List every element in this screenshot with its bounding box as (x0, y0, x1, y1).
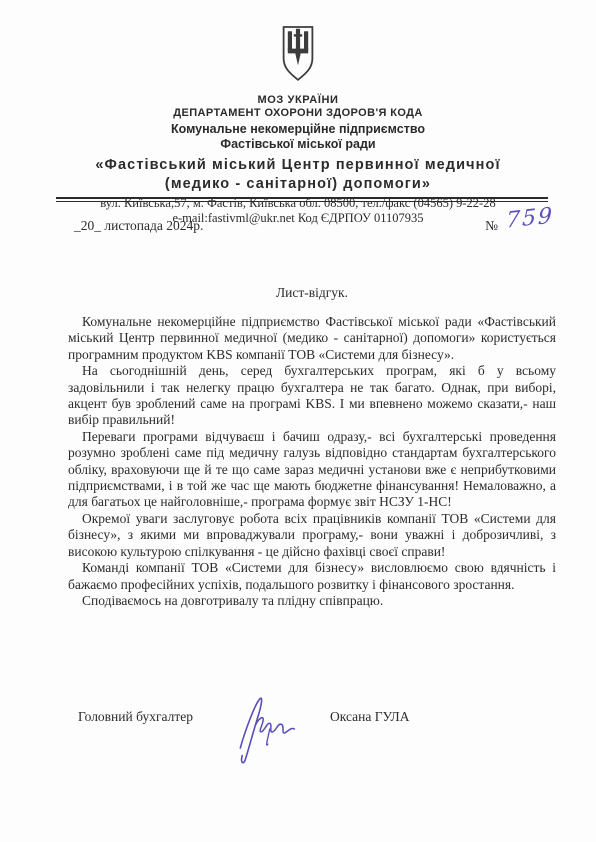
paragraph-choice: На сьогоднішній день, серед бухгалтерськ… (68, 363, 556, 429)
letter-title: Лист-відгук. (68, 285, 556, 301)
paragraph-gratitude: Команді компанії ТОВ «Системи для бізнес… (68, 560, 556, 593)
ukraine-tryzub-emblem-icon (280, 24, 316, 84)
letterhead: МОЗ УКРАЇНИ ДЕПАРТАМЕНТ ОХОРОНИ ЗДОРОВ'Я… (0, 0, 596, 226)
letterhead-org-name-line2: (медико - санітарної) допомоги» (0, 175, 596, 193)
signer-name: Оксана ГУЛА (330, 709, 409, 725)
paragraph-intro: Комунальне некомерційне підприємство Фас… (68, 314, 556, 363)
paragraph-staff: Окремої уваги заслуговує робота всіх пра… (68, 511, 556, 560)
handwritten-signature (226, 691, 304, 767)
letterhead-department: ДЕПАРТАМЕНТ ОХОРОНИ ЗДОРОВ'Я КОДА (0, 107, 596, 120)
letter-date: _20_ листопада 2024р. (74, 218, 203, 234)
letterhead-ministry: МОЗ УКРАЇНИ (0, 94, 596, 107)
letter-number: № 759 (485, 218, 554, 234)
paragraph-advantages: Переваги програми відчуваєш і бачиш одра… (68, 429, 556, 511)
reference-row: _20_ листопада 2024р. № 759 (74, 218, 554, 234)
signer-position: Головний бухгалтер (78, 709, 193, 725)
letter-body: Комунальне некомерційне підприємство Фас… (68, 314, 556, 609)
paragraph-closing: Сподіваємось на довготривалу та плідну с… (68, 593, 556, 609)
letterhead-org-name-line1: «Фастівський міський Центр первинної мед… (0, 155, 596, 175)
number-sign: № (485, 218, 498, 234)
handwritten-number: 759 (506, 207, 554, 230)
letterhead-divider (56, 197, 548, 202)
letterhead-org-type: Комунальне некомерційне підприємство (0, 122, 596, 137)
letterhead-council: Фастівської міської ради (0, 137, 596, 152)
letter-page: МОЗ УКРАЇНИ ДЕПАРТАМЕНТ ОХОРОНИ ЗДОРОВ'Я… (0, 0, 596, 842)
